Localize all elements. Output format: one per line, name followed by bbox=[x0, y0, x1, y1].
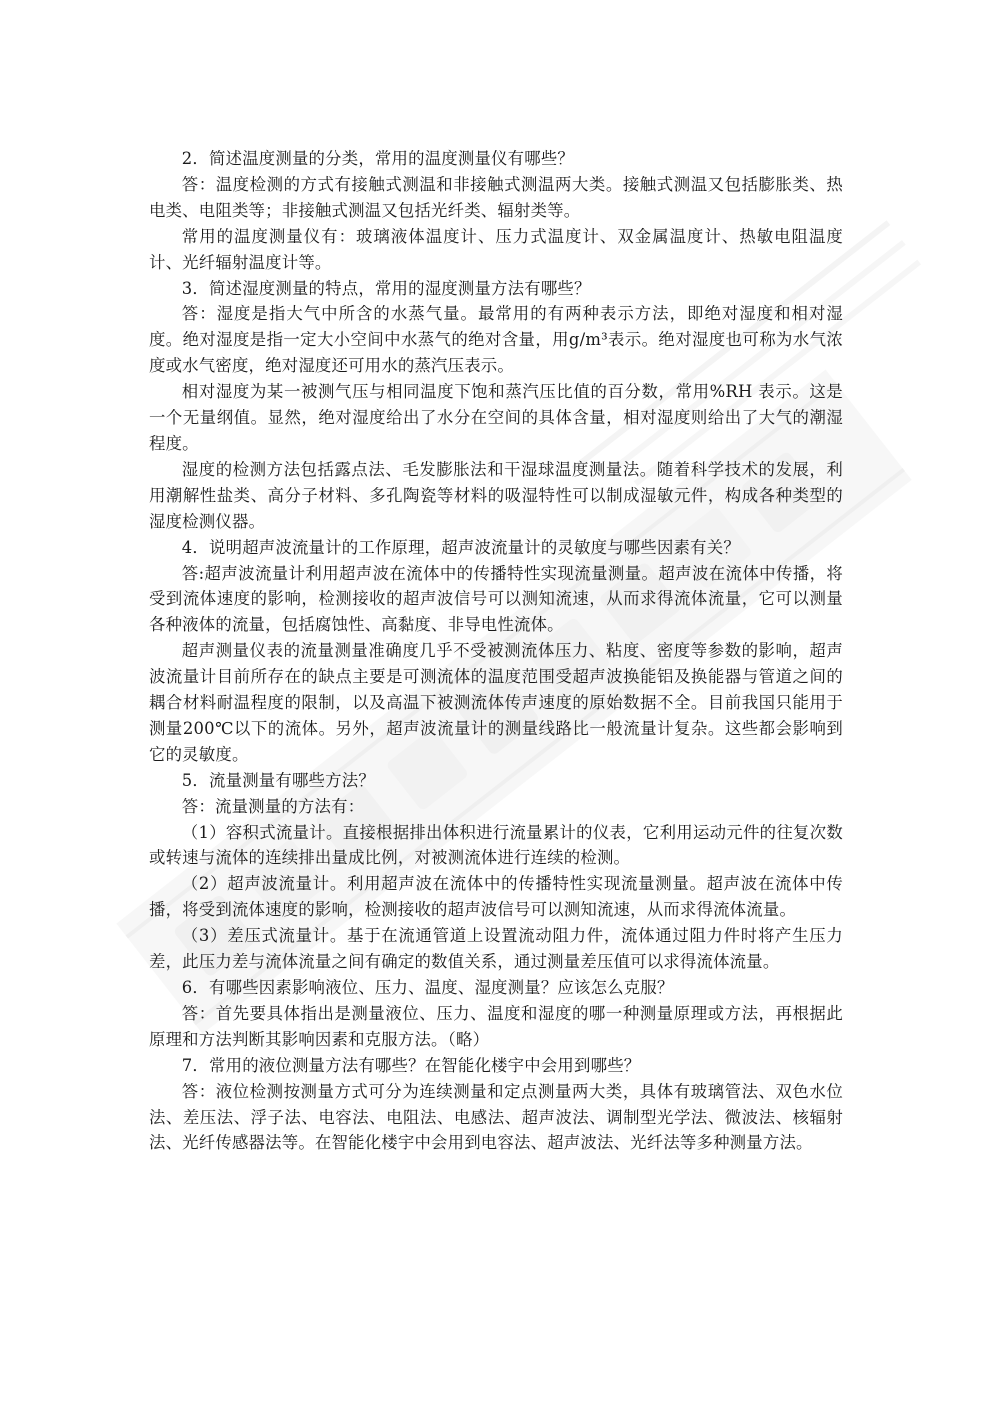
document-body: 2．简述温度测量的分类，常用的温度测量仪有哪些？ 答：温度检测的方式有接触式测温… bbox=[149, 146, 843, 1156]
question-2: 2．简述温度测量的分类，常用的温度测量仪有哪些？ bbox=[149, 146, 843, 172]
answer-5-item-3: （3）差压式流量计。基于在流通管道上设置流动阻力件，流体通过阻力件时将产生压力差… bbox=[149, 923, 843, 975]
answer-2-paragraph-2: 常用的温度测量仪有：玻璃液体温度计、压力式温度计、双金属温度计、热敏电阻温度计、… bbox=[149, 224, 843, 276]
answer-3-paragraph-1: 答：湿度是指大气中所含的水蒸气量。最常用的有两种表示方法，即绝对湿度和相对湿度。… bbox=[149, 301, 843, 379]
question-3: 3．简述湿度测量的特点，常用的湿度测量方法有哪些？ bbox=[149, 276, 843, 302]
answer-3-paragraph-2: 相对湿度为某一被测气压与相同温度下饱和蒸汽压比值的百分数，常用%RH 表示。这是… bbox=[149, 379, 843, 457]
answer-5-intro: 答：流量测量的方法有： bbox=[149, 794, 843, 820]
question-4: 4．说明超声波流量计的工作原理，超声波流量计的灵敏度与哪些因素有关？ bbox=[149, 535, 843, 561]
answer-5-item-1: （1）容积式流量计。直接根据排出体积进行流量累计的仪表，它利用运动元件的往复次数… bbox=[149, 820, 843, 872]
question-7: 7．常用的液位测量方法有哪些？在智能化楼宇中会用到哪些？ bbox=[149, 1053, 843, 1079]
answer-3-paragraph-3: 湿度的检测方法包括露点法、毛发膨胀法和干湿球温度测量法。随着科学技术的发展，利用… bbox=[149, 457, 843, 535]
answer-7: 答：液位检测按测量方式可分为连续测量和定点测量两大类，具体有玻璃管法、双色水位法… bbox=[149, 1079, 843, 1157]
answer-2-paragraph-1: 答：温度检测的方式有接触式测温和非接触式测温两大类。接触式测温又包括膨胀类、热电… bbox=[149, 172, 843, 224]
answer-6: 答：首先要具体指出是测量液位、压力、温度和湿度的哪一种测量原理或方法，再根据此原… bbox=[149, 1001, 843, 1053]
answer-4-paragraph-1: 答:超声波流量计利用超声波在流体中的传播特性实现流量测量。超声波在流体中传播，将… bbox=[149, 561, 843, 639]
document-page: 2．简述温度测量的分类，常用的温度测量仪有哪些？ 答：温度检测的方式有接触式测温… bbox=[0, 0, 993, 1404]
answer-4-paragraph-2: 超声测量仪表的流量测量准确度几乎不受被测流体压力、粘度、密度等参数的影响，超声波… bbox=[149, 638, 843, 768]
question-5: 5．流量测量有哪些方法？ bbox=[149, 768, 843, 794]
answer-5-item-2: （2）超声波流量计。利用超声波在流体中的传播特性实现流量测量。超声波在流体中传播… bbox=[149, 871, 843, 923]
question-6: 6．有哪些因素影响液位、压力、温度、湿度测量？应该怎么克服？ bbox=[149, 975, 843, 1001]
